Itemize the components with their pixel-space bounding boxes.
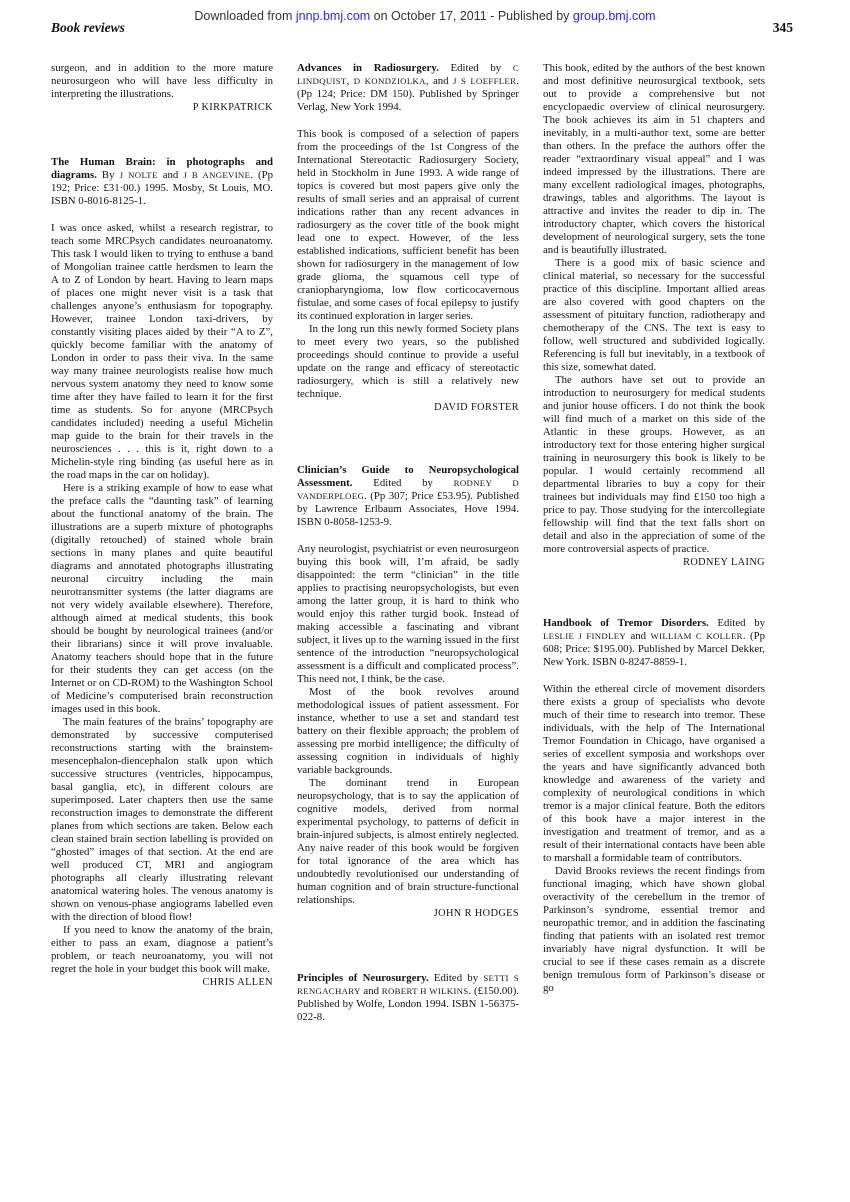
- author-name: ROBERT H WILKINS: [382, 986, 469, 996]
- author-name: LESLIE J FINDLEY: [543, 631, 626, 641]
- book-citation: Clinician’s Guide to Neuropsychological …: [297, 464, 519, 529]
- review-paragraph: The authors have set out to provide an i…: [543, 374, 765, 556]
- author-name: J NOLTE: [120, 170, 158, 180]
- reviewer-signature: P KIRKPATRICK: [51, 101, 273, 114]
- reviewer-signature: DAVID FORSTER: [297, 401, 519, 414]
- review-paragraph: Within the ethereal circle of movement d…: [543, 683, 765, 865]
- review-paragraph: In the long run this newly formed Societ…: [297, 323, 519, 401]
- review-paragraph: There is a good mix of basic science and…: [543, 257, 765, 374]
- review-paragraph: David Brooks reviews the recent findings…: [543, 865, 765, 995]
- citation-text: and: [626, 630, 650, 642]
- review-paragraph: If you need to know the anatomy of the b…: [51, 924, 273, 976]
- jnnp-bmj-link[interactable]: jnnp.bmj.com: [296, 9, 370, 23]
- section-gap: [297, 920, 519, 972]
- citation-text: and: [158, 169, 184, 181]
- section-gap: [51, 114, 273, 156]
- banner-text-prefix: Downloaded from: [194, 9, 295, 23]
- section-gap: [297, 414, 519, 464]
- review-paragraph: The dominant trend in European neuropsyc…: [297, 777, 519, 907]
- citation-text: Edited by: [439, 62, 513, 74]
- running-title: Book reviews: [51, 20, 125, 36]
- review-paragraph: surgeon, and in addition to the more mat…: [51, 62, 273, 101]
- column-3: This book, edited by the authors of the …: [543, 62, 765, 995]
- citation-text: Edited by: [429, 972, 484, 984]
- book-title: Principles of Neurosurgery.: [297, 972, 429, 984]
- column-2: Advances in Radiosurgery. Edited by C LI…: [297, 62, 519, 1038]
- review-paragraph: The main features of the brains’ topogra…: [51, 716, 273, 924]
- book-title: Advances in Radiosurgery.: [297, 62, 439, 74]
- banner-text-middle: on October 17, 2011 - Published by: [370, 9, 573, 23]
- section-gap: [543, 569, 765, 617]
- book-citation: Advances in Radiosurgery. Edited by C LI…: [297, 62, 519, 114]
- journal-page: { "header": { "prefix": "Downloaded from…: [0, 0, 850, 1202]
- author-name: D KONDZIOLKA: [354, 76, 426, 86]
- download-banner: Downloaded from jnnp.bmj.com on October …: [0, 9, 850, 23]
- citation-text: Edited by: [352, 477, 453, 489]
- group-bmj-link[interactable]: group.bmj.com: [573, 9, 656, 23]
- reviewer-signature: CHRIS ALLEN: [51, 976, 273, 989]
- book-title: Handbook of Tremor Disorders.: [543, 617, 709, 629]
- review-paragraph: Any neurologist, psychiatrist or even ne…: [297, 543, 519, 686]
- citation-text: and: [361, 985, 382, 997]
- citation-text: , and: [426, 75, 453, 87]
- book-citation: The Human Brain: in photographs and diag…: [51, 156, 273, 208]
- reviewer-signature: JOHN R HODGES: [297, 907, 519, 920]
- citation-text: ,: [347, 75, 354, 87]
- review-paragraph: This book is composed of a selection of …: [297, 128, 519, 323]
- citation-text: Edited by: [709, 617, 765, 629]
- book-citation: Principles of Neurosurgery. Edited by SE…: [297, 972, 519, 1024]
- citation-text: By: [97, 169, 120, 181]
- author-name: J S LOEFFLER: [453, 76, 516, 86]
- column-1: surgeon, and in addition to the more mat…: [51, 62, 273, 989]
- review-paragraph: Most of the book revolves around methodo…: [297, 686, 519, 777]
- review-paragraph: I was once asked, whilst a research regi…: [51, 222, 273, 482]
- author-name: WILLIAM C KOLLER: [651, 631, 743, 641]
- author-name: J B ANGEVINE: [183, 170, 250, 180]
- reviewer-signature: RODNEY LAING: [543, 556, 765, 569]
- review-paragraph: This book, edited by the authors of the …: [543, 62, 765, 257]
- page-number: 345: [773, 20, 793, 36]
- book-citation: Handbook of Tremor Disorders. Edited by …: [543, 617, 765, 669]
- review-paragraph: Here is a striking example of how to eas…: [51, 482, 273, 716]
